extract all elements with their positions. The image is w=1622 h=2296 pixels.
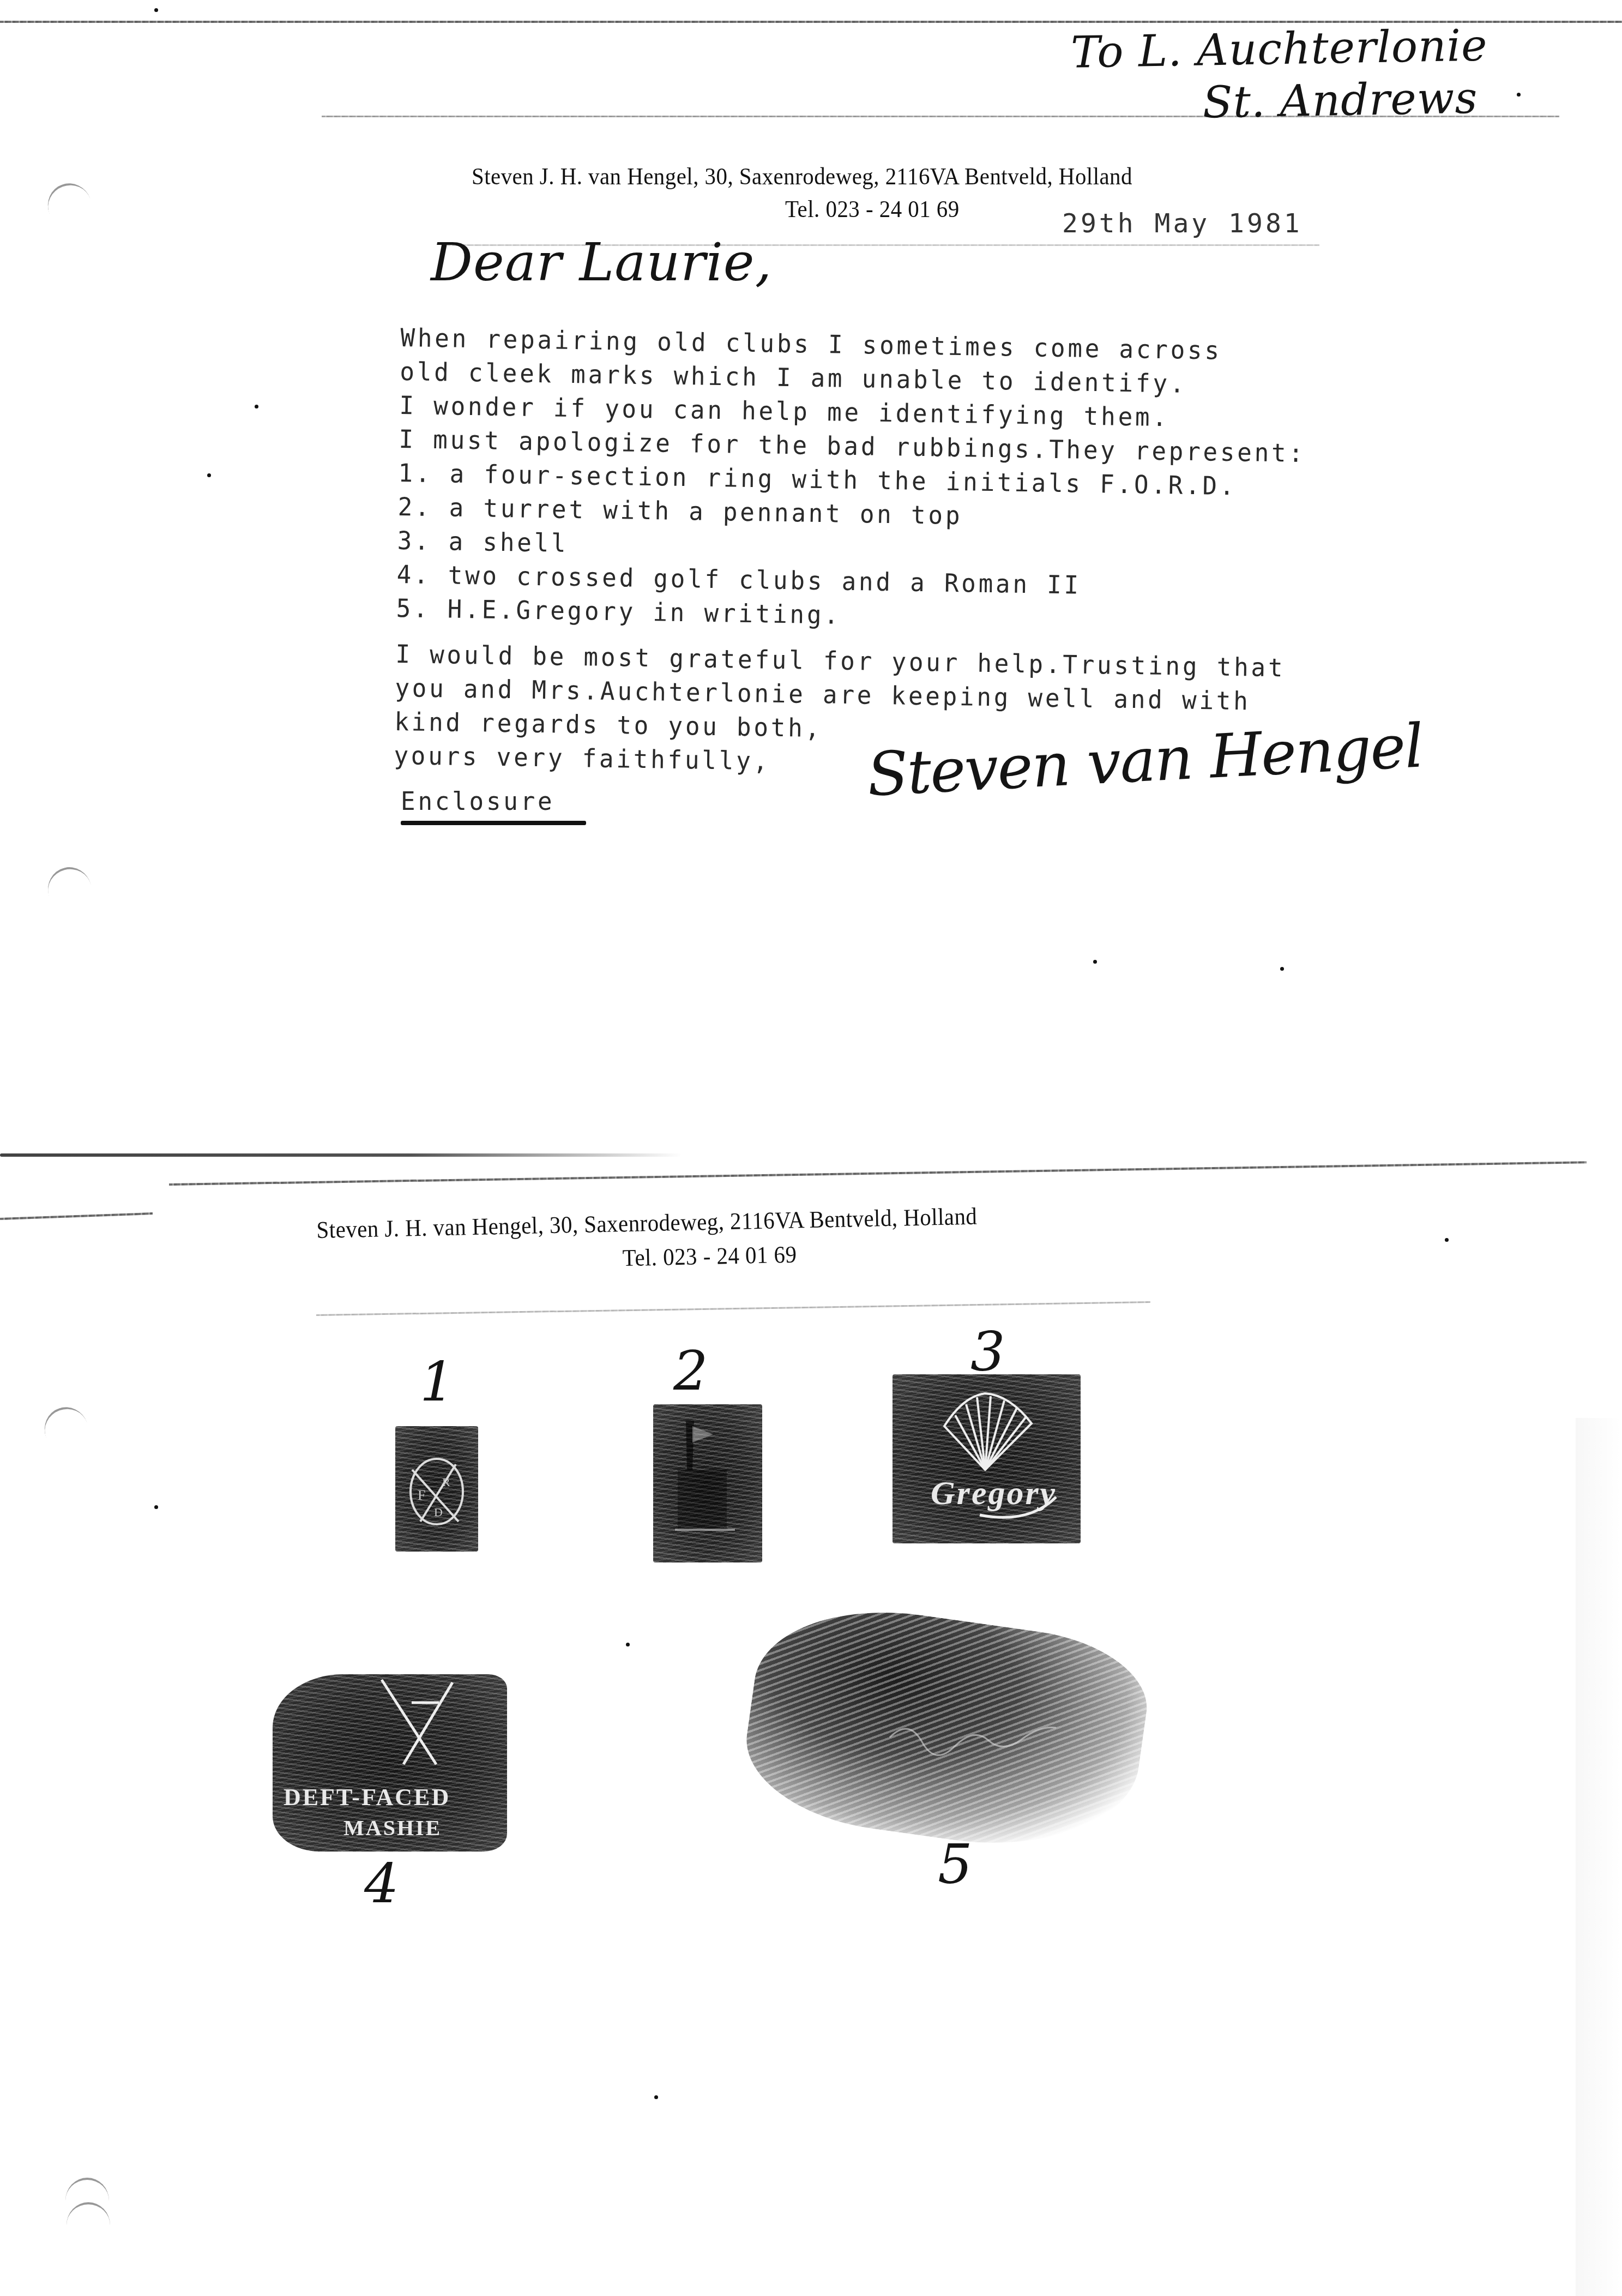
rubbing-4-crossed-clubs: DEFT-FACED MASHIE <box>273 1674 507 1852</box>
punch-hole-mark <box>67 2202 110 2248</box>
rubbing-number-4: 4 <box>364 1852 400 1915</box>
svg-text:DEFT-FACED: DEFT-FACED <box>284 1784 450 1811</box>
rubbing-number-1: 1 <box>420 1350 455 1414</box>
letterhead-address: Steven J. H. van Hengel, 30, Saxenrodewe… <box>316 1203 978 1244</box>
letterhead-telephone: Tel. 023 - 24 01 69 <box>785 195 960 223</box>
scan-speck <box>1445 1238 1449 1242</box>
four-section-ring-icon: F R D <box>395 1426 478 1552</box>
page-break-edge <box>0 1153 682 1157</box>
recipient-name: To L. Auchterlonie <box>1070 20 1488 77</box>
enclosure-label: Enclosure <box>401 784 554 818</box>
svg-text:MASHIE: MASHIE <box>343 1816 442 1840</box>
scan-speck <box>626 1643 630 1646</box>
shell-icon: Gregory <box>893 1374 1081 1543</box>
salutation: Dear Laurie, <box>431 232 772 293</box>
scan-speck <box>154 1505 158 1509</box>
page2-letterhead: Steven J. H. van Hengel, 30, Saxenrodewe… <box>316 1201 1028 1278</box>
rubbing-number-5: 5 <box>938 1832 973 1896</box>
letter-date: 29th May 1981 <box>1062 208 1303 239</box>
scan-speck <box>154 8 158 12</box>
scan-right-edge <box>1576 1418 1622 2296</box>
rubbing-1-ring: F R D <box>395 1426 478 1552</box>
rubbing-3-shell: Gregory <box>893 1374 1081 1543</box>
svg-text:D: D <box>434 1505 443 1519</box>
scan-speck <box>255 405 258 408</box>
punch-hole-mark <box>38 1401 95 1459</box>
recipient-town: St. Andrews <box>1071 71 1489 131</box>
svg-text:R: R <box>442 1475 450 1489</box>
rubbing-5-gregory-signature <box>737 1594 1156 1864</box>
handwritten-recipient-address: To L. Auchterlonie St. Andrews <box>1070 19 1489 131</box>
crossed-clubs-icon: DEFT-FACED MASHIE <box>273 1674 507 1852</box>
svg-text:Gregory: Gregory <box>931 1475 1057 1512</box>
letter-body: When repairing old clubs I sometimes com… <box>394 321 1346 787</box>
punch-hole-mark <box>41 177 98 235</box>
scan-speck <box>1517 93 1521 97</box>
page2-letterhead-rule <box>316 1301 1150 1316</box>
turret-pennant-icon <box>653 1404 762 1562</box>
scan-speck <box>1280 967 1284 971</box>
punch-hole-mark <box>43 862 97 918</box>
letterhead-telephone: Tel. 023 - 24 01 69 <box>622 1230 1283 1272</box>
scan-speck <box>654 2095 658 2099</box>
page2-left-fragment-rule <box>0 1212 153 1220</box>
letterhead-address: Steven J. H. van Hengel, 30, Saxenrodewe… <box>472 163 1132 190</box>
enclosure-underline <box>401 821 586 825</box>
svg-text:F: F <box>418 1487 425 1503</box>
page2-top-rule <box>169 1161 1587 1186</box>
scan-speck <box>207 473 211 477</box>
scan-speck <box>1093 960 1097 964</box>
rubbing-2-turret <box>653 1404 762 1562</box>
script-signature-mark-icon <box>737 1594 1156 1864</box>
rubbing-number-2: 2 <box>673 1339 709 1403</box>
